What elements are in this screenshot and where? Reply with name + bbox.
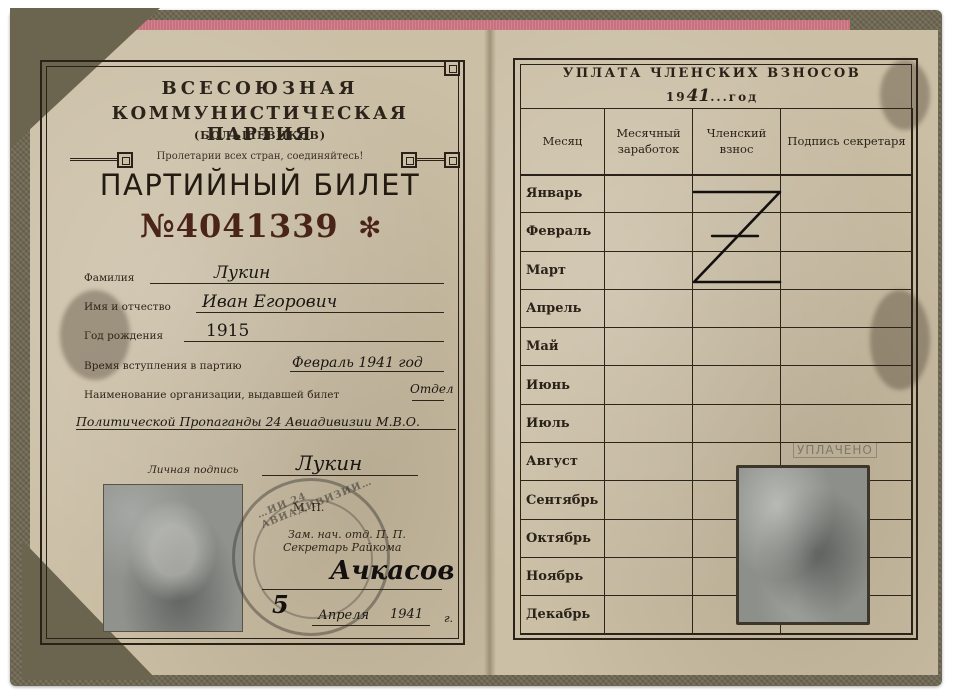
earnings-cell (605, 481, 693, 519)
month-cell: Январь (521, 175, 605, 213)
secretary-role-printed: Секретарь Райкома (283, 541, 401, 554)
column-header-month: Месяц (521, 109, 605, 175)
field-birth-year: Год рождения 1915 (84, 322, 444, 344)
month-cell: Июль (521, 404, 605, 442)
month-cell: Сентябрь (521, 481, 605, 519)
fees-title: УПЛАТА ЧЛЕНСКИХ ВЗНОСОВ (522, 66, 902, 81)
month-cell: Август (521, 443, 605, 481)
table-row: Апрель (521, 289, 913, 327)
earnings-cell (605, 443, 693, 481)
date-underline (312, 625, 430, 626)
earnings-cell (605, 289, 693, 327)
member-photo (103, 484, 243, 632)
month-cell: Октябрь (521, 519, 605, 557)
asterisk-ornament-icon: ✻ (358, 211, 381, 244)
earnings-cell (605, 519, 693, 557)
table-row: Июнь (521, 366, 913, 404)
issue-year-suffix: г. (444, 612, 453, 625)
field-underline (412, 400, 444, 401)
party-name-line1: ВСЕСОЮЗНАЯ (60, 78, 460, 99)
field-value: Февраль 1941 год (292, 355, 423, 371)
field-underline (196, 312, 444, 313)
field-label: Год рождения (84, 330, 163, 342)
fees-year: 1941...год (522, 86, 902, 106)
month-cell: Июнь (521, 366, 605, 404)
signature-cell (781, 404, 913, 442)
field-value: Отдел (410, 382, 454, 396)
field-value: Иван Егорович (202, 292, 337, 312)
field-label: Время вступления в партию (84, 360, 242, 372)
column-header-secretary-signature: Подпись секретаря (781, 109, 913, 175)
field-join-date: Время вступления в партию Февраль 1941 г… (84, 352, 444, 374)
fees-year-suffix: ...год (710, 90, 758, 104)
field-label: Наименование организации, выдавшей билет (84, 389, 339, 401)
month-cell: Декабрь (521, 596, 605, 634)
ticket-title: ПАРТИЙНЫЙ БИЛЕТ (60, 168, 460, 202)
month-cell: Февраль (521, 213, 605, 251)
field-label: Фамилия (84, 272, 134, 284)
secretary-role-handwritten: Зам. нач. отд. П. П. (288, 528, 406, 541)
table-row: Июль (521, 404, 913, 442)
field-underline (290, 371, 444, 372)
field-issuing-org-continued: Политической Пропаганды 24 Авиадивизии М… (76, 410, 456, 432)
fee-cell (693, 328, 781, 366)
party-slogan: Пролетарии всех стран, соединяйтесь! (60, 151, 460, 162)
field-value: Политической Пропаганды 24 Авиадивизии М… (76, 414, 420, 429)
signature-cell (781, 213, 913, 251)
table-header-row: Месяц Месячный заработок Членский взнос … (521, 109, 913, 175)
month-cell: Апрель (521, 289, 605, 327)
field-surname: Фамилия Лукин (84, 264, 444, 286)
earnings-cell (605, 596, 693, 634)
signature-cell (781, 328, 913, 366)
earnings-cell (605, 328, 693, 366)
fees-year-handwritten: 41 (687, 86, 711, 106)
earnings-cell (605, 175, 693, 213)
ornament-icon (444, 60, 460, 76)
earnings-cell (605, 404, 693, 442)
secretary-signature: Ачкасов (330, 556, 454, 586)
field-value: 1915 (206, 321, 249, 341)
field-label: Личная подпись (148, 464, 238, 476)
signature-cell (781, 251, 913, 289)
field-label: Имя и отчество (84, 301, 171, 313)
field-issuing-org: Наименование организации, выдавшей билет… (84, 381, 444, 403)
earnings-cell (605, 557, 693, 595)
month-cell: Март (521, 251, 605, 289)
field-underline (150, 283, 444, 284)
issue-day: 5 (272, 590, 289, 619)
earnings-cell (605, 251, 693, 289)
page-spine (484, 30, 496, 675)
fee-cell (693, 366, 781, 404)
issue-month: Апреля (318, 608, 369, 623)
field-underline (184, 341, 444, 342)
table-row: Май (521, 328, 913, 366)
earnings-cell (605, 366, 693, 404)
fee-cell (693, 404, 781, 442)
fee-strike-mark-icon (692, 186, 782, 284)
signature-cell (781, 289, 913, 327)
earnings-cell (605, 213, 693, 251)
faded-photo-imprint (736, 465, 870, 625)
column-header-membership-fee: Членский взнос (693, 109, 781, 175)
party-name-line3: (БОЛЬШЕВИКОВ) (60, 129, 460, 142)
month-cell: Ноябрь (521, 557, 605, 595)
signature-underline (262, 589, 442, 590)
month-cell: Май (521, 328, 605, 366)
fees-year-prefix: 19 (666, 90, 687, 104)
issue-year: 1941 (390, 607, 423, 622)
column-header-monthly-earnings: Месячный заработок (605, 109, 693, 175)
paid-stamp: УПЛАЧЕНО (793, 442, 877, 458)
field-value: Лукин (214, 263, 270, 283)
field-name-patronymic: Имя и отчество Иван Егорович (84, 293, 444, 315)
ticket-number: №4041339 (140, 207, 339, 245)
signature-cell (781, 175, 913, 213)
seal-place-label: М. П. (293, 501, 324, 514)
fee-cell (693, 289, 781, 327)
signature-cell (781, 366, 913, 404)
field-underline (76, 429, 456, 430)
